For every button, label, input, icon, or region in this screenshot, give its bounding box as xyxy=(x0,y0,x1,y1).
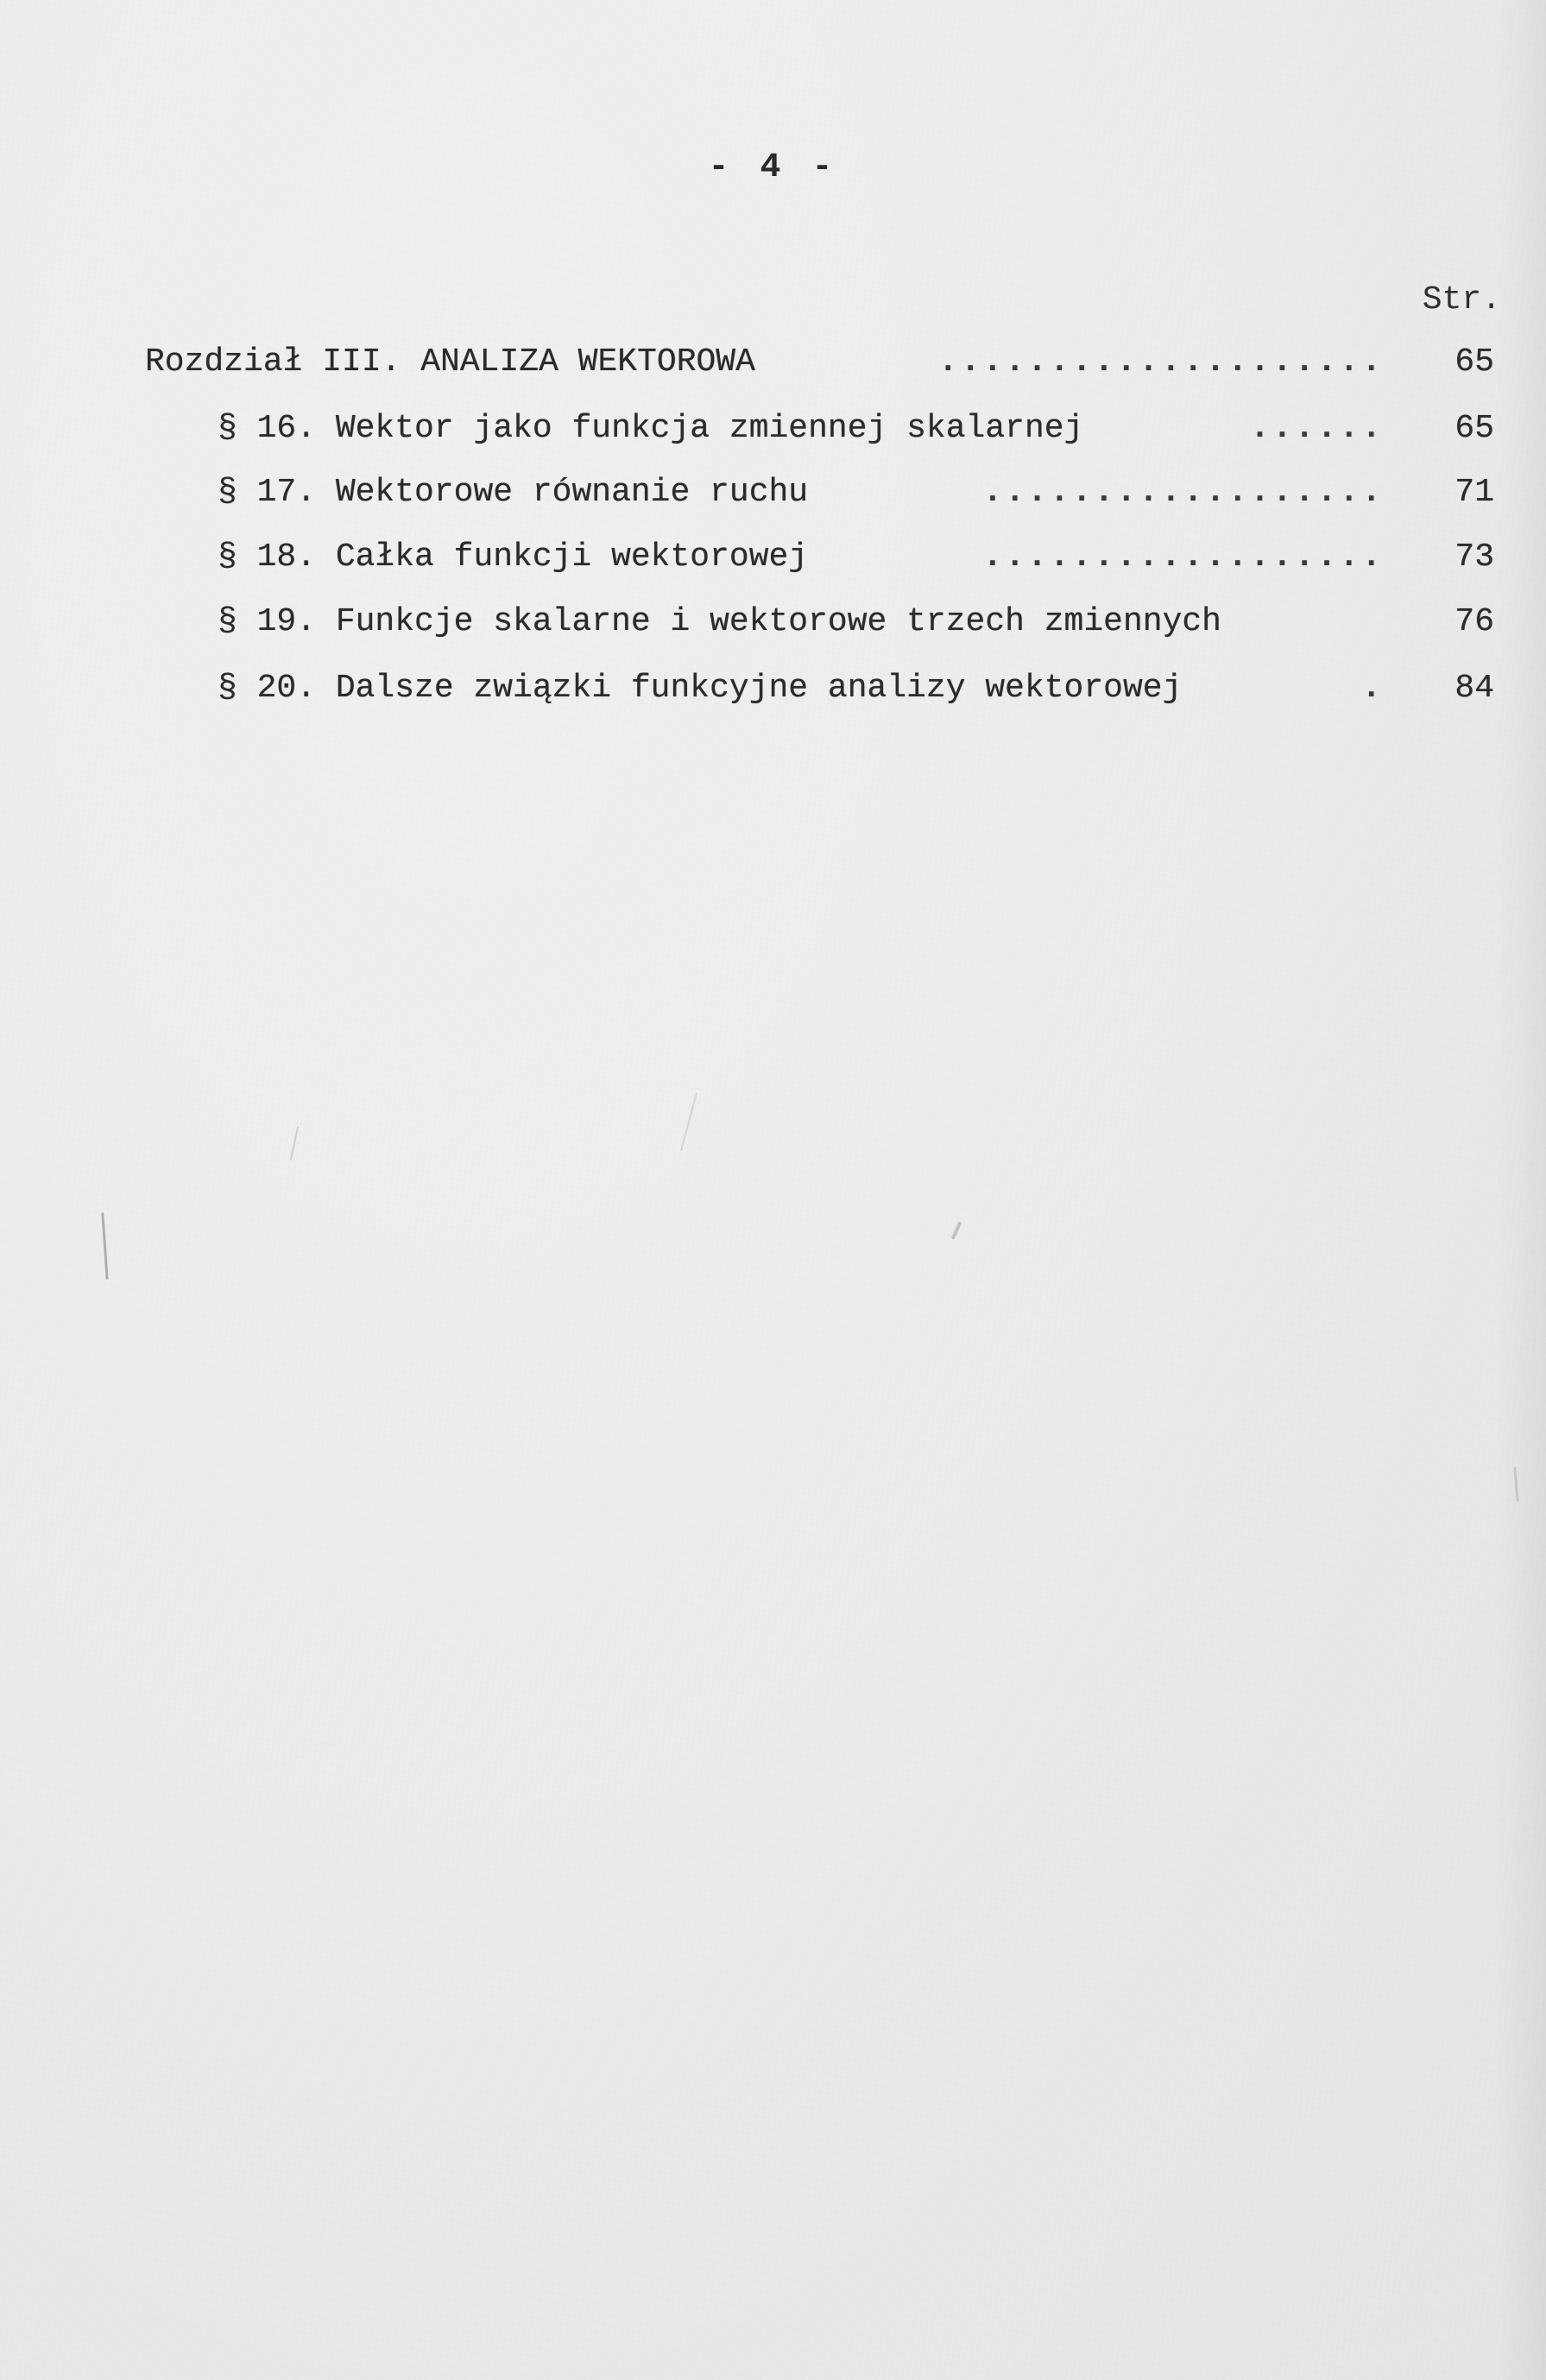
section-title: § 20. Dalsze związki funkcyjne analizy w… xyxy=(218,663,1182,715)
toc-chapter-entry: Rozdział III. ANALIZA WEKTOROWA ........… xyxy=(0,337,1546,388)
toc-section-entry: § 19. Funkcje skalarne i wektorowe trzec… xyxy=(0,596,1546,648)
dot-leader: .................. xyxy=(983,532,1384,583)
toc-section-entry: § 18. Całka funkcji wektorowej .........… xyxy=(0,532,1546,583)
dot-leader: .................... xyxy=(938,337,1384,388)
page-reference: 73 xyxy=(1425,532,1494,583)
page-reference: 65 xyxy=(1425,403,1494,455)
section-title: § 19. Funkcje skalarne i wektorowe trzec… xyxy=(218,596,1221,648)
page-reference: 84 xyxy=(1425,663,1494,715)
section-title: § 16. Wektor jako funkcja zmiennej skala… xyxy=(218,403,1083,455)
dot-leader: ...... xyxy=(1250,403,1384,455)
dot-leader: . xyxy=(1361,663,1384,715)
chapter-title: Rozdział III. ANALIZA WEKTOROWA xyxy=(145,337,755,388)
toc-section-entry: § 20. Dalsze związki funkcyjne analizy w… xyxy=(0,663,1546,715)
page-number: - 4 - xyxy=(0,148,1546,187)
page-reference: 71 xyxy=(1425,467,1494,519)
dot-leader: .................. xyxy=(983,467,1384,519)
page-column-header: Str. xyxy=(1423,281,1501,318)
section-title: § 17. Wektorowe równanie ruchu xyxy=(218,467,808,519)
section-title: § 18. Całka funkcji wektorowej xyxy=(218,532,808,583)
toc-section-entry: § 17. Wektorowe równanie ruchu .........… xyxy=(0,467,1546,519)
page-reference: 76 xyxy=(1425,596,1494,648)
page-reference: 65 xyxy=(1425,337,1494,388)
toc-section-entry: § 16. Wektor jako funkcja zmiennej skala… xyxy=(0,403,1546,455)
